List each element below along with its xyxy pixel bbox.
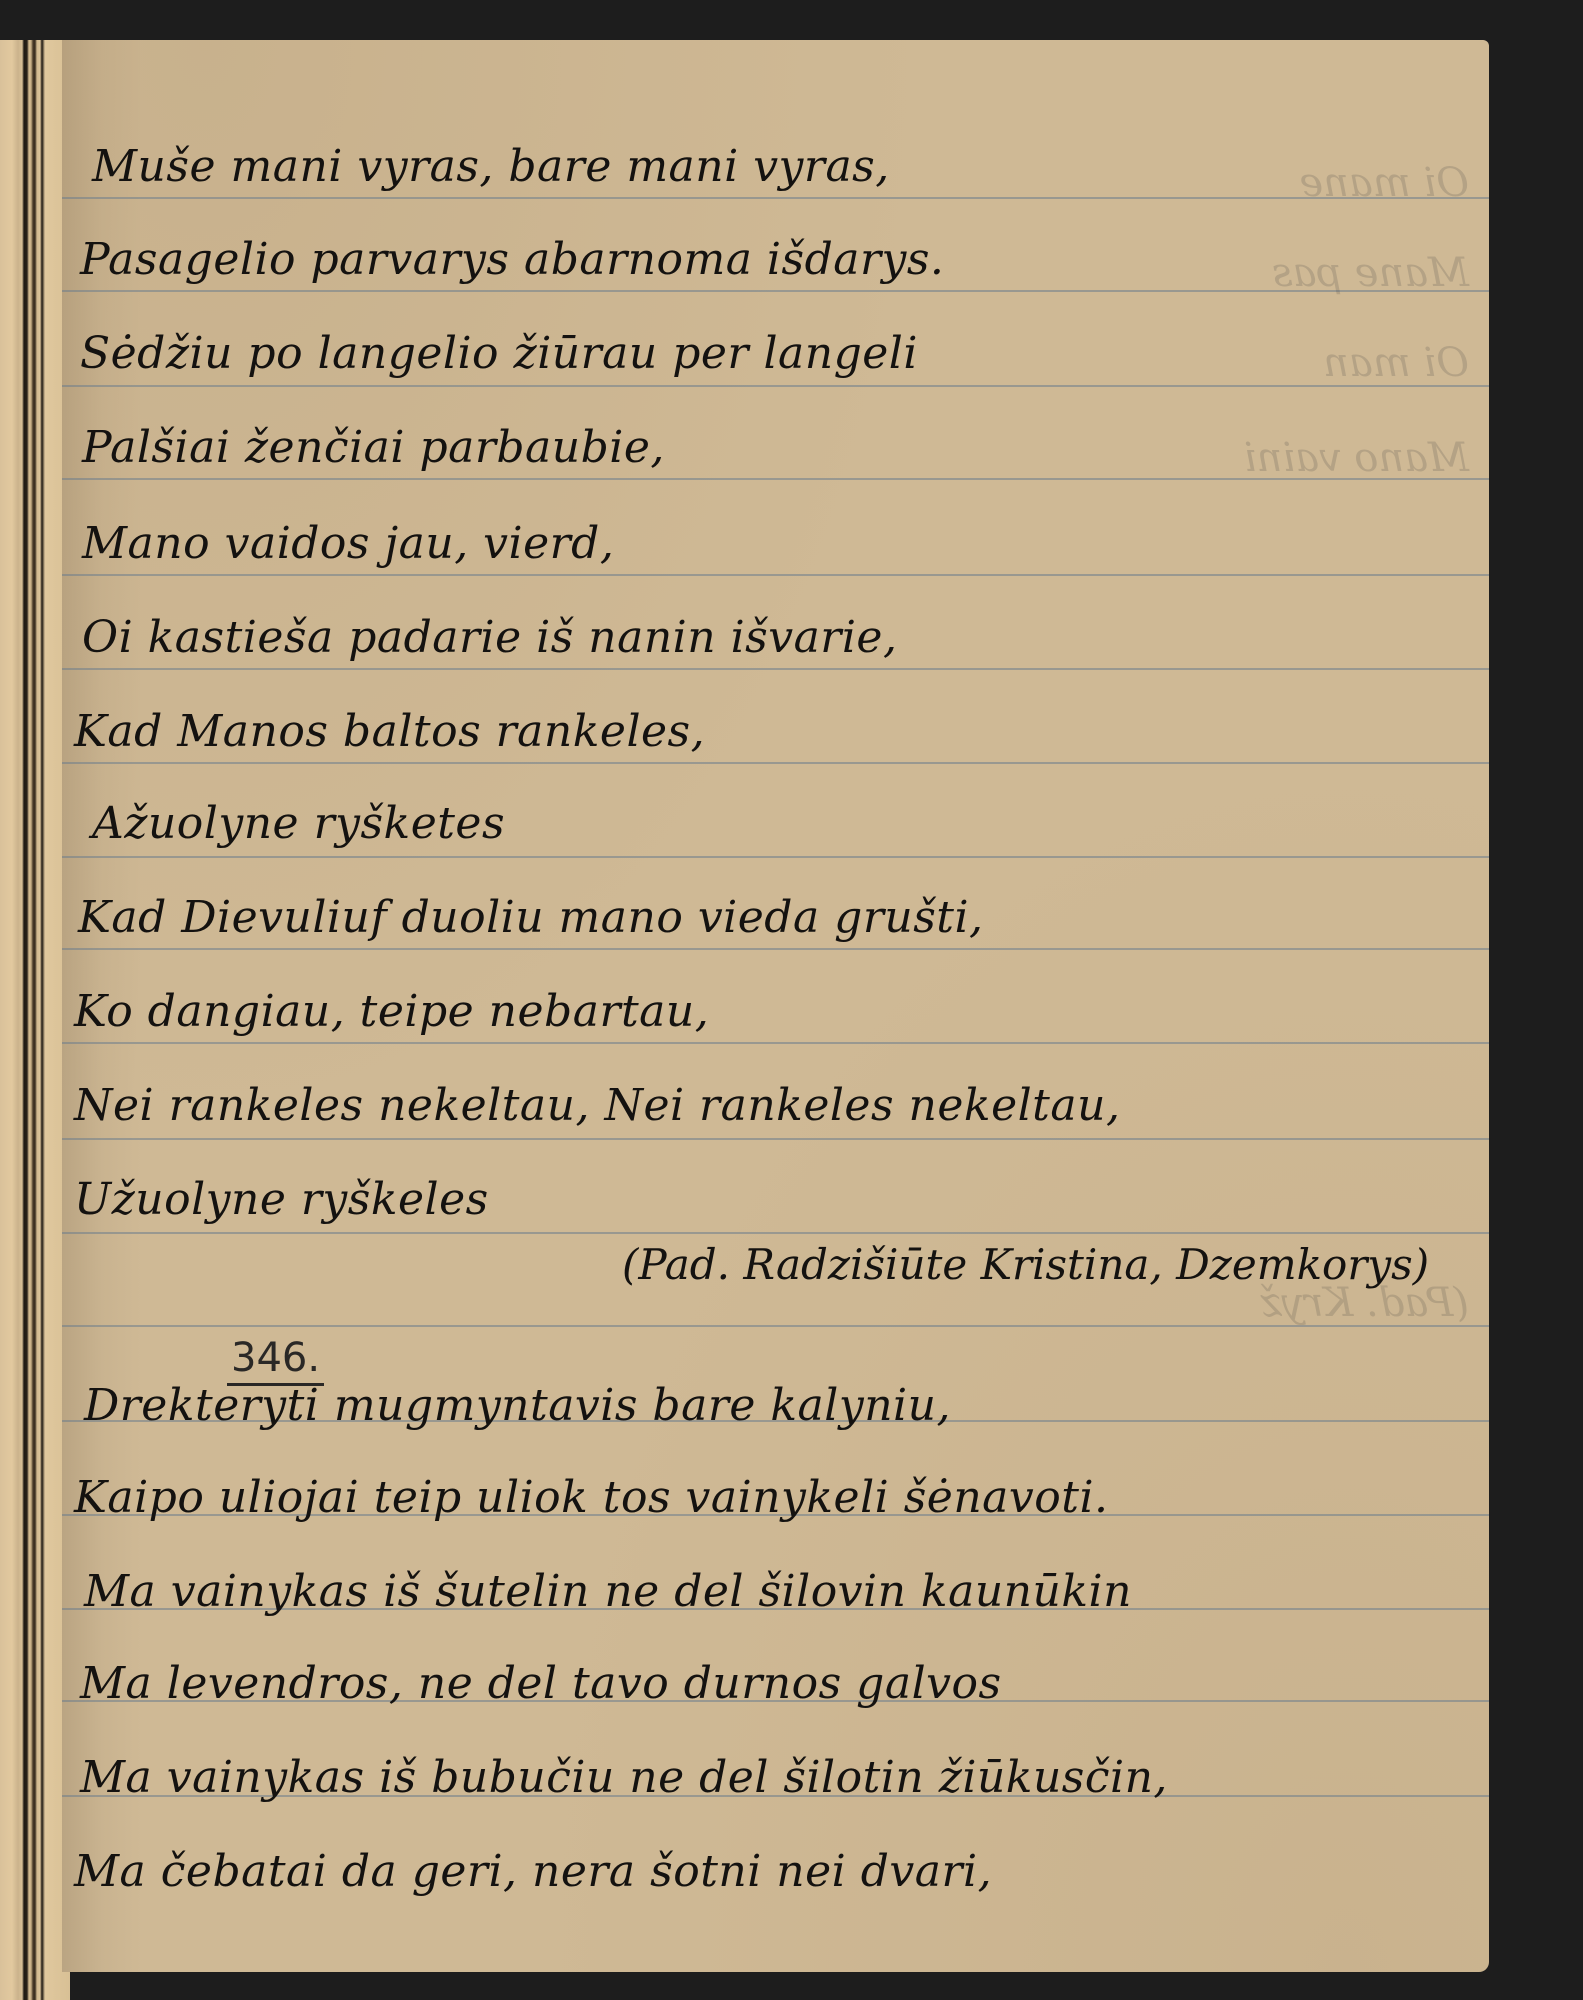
ruled-line <box>62 668 1489 670</box>
song-line: Ma levendros, ne del tavo durnos galvos <box>80 1662 1002 1706</box>
ruled-line <box>62 574 1489 576</box>
bleed-through-text: Mano vaini <box>1209 435 1469 495</box>
song-line: Sėdžiu po langelio žiūrau per langeli <box>80 332 918 376</box>
manuscript-page: Oi mane Mane pas Oi man Mano vaini (Pad.… <box>62 40 1489 1972</box>
song-line: Kaipo uliojai teip uliok tos vainykeli š… <box>74 1476 1109 1520</box>
song-line: Kad Manos baltos rankeles, <box>74 710 705 754</box>
song-line: Pasagelio parvarys abarnoma išdarys. <box>80 238 944 282</box>
ruled-line <box>62 1042 1489 1044</box>
song-line: Kad Dievuliuf duoliu mano vieda grušti, <box>78 896 984 940</box>
song-line: Drekteryti mugmyntavis bare kalyniu, <box>84 1384 951 1428</box>
song-line: Ma vainykas iš šutelin ne del šilovin ka… <box>84 1570 1132 1614</box>
bleed-through-text: Oi mane <box>1209 160 1469 220</box>
song-line: Muše mani vyras, bare mani vyras, <box>92 145 890 189</box>
song-line: Ko dangiau, teipe nebartau, <box>74 990 709 1034</box>
song-line: Ma čebatai da geri, nera šotni nei dvari… <box>74 1850 992 1894</box>
notebook-binding <box>0 40 70 2000</box>
song-line: Palšiai ženčiai parbaubie, <box>82 426 665 470</box>
song-line: Nei rankeles nekeltau, Nei rankeles neke… <box>74 1084 1120 1128</box>
song-line: Oi kastieša padarie iš nanin išvarie, <box>82 616 897 660</box>
song-line: Užuolyne ryškeles <box>74 1178 489 1222</box>
ruled-line <box>62 948 1489 950</box>
song-line: Mano vaidos jau, vierd, <box>82 522 614 566</box>
song-number: 346. <box>227 1335 324 1386</box>
bleed-through-text: Oi man <box>1209 340 1469 400</box>
song-line: Ažuolyne ryšketes <box>92 802 505 846</box>
bleed-through-text: Mane pas <box>1209 250 1469 310</box>
ruled-line <box>62 762 1489 764</box>
song-line: Ma vainykas iš bubučiu ne del šilotin ži… <box>80 1756 1168 1800</box>
ruled-line <box>62 1138 1489 1140</box>
bleed-through-text: (Pad. Kryž <box>1209 1280 1469 1340</box>
ruled-line <box>62 856 1489 858</box>
song-1-attribution: (Pad. Radzišiūte Kristina, Dzemkorys) <box>622 1240 1429 1289</box>
ruled-line <box>62 1232 1489 1234</box>
